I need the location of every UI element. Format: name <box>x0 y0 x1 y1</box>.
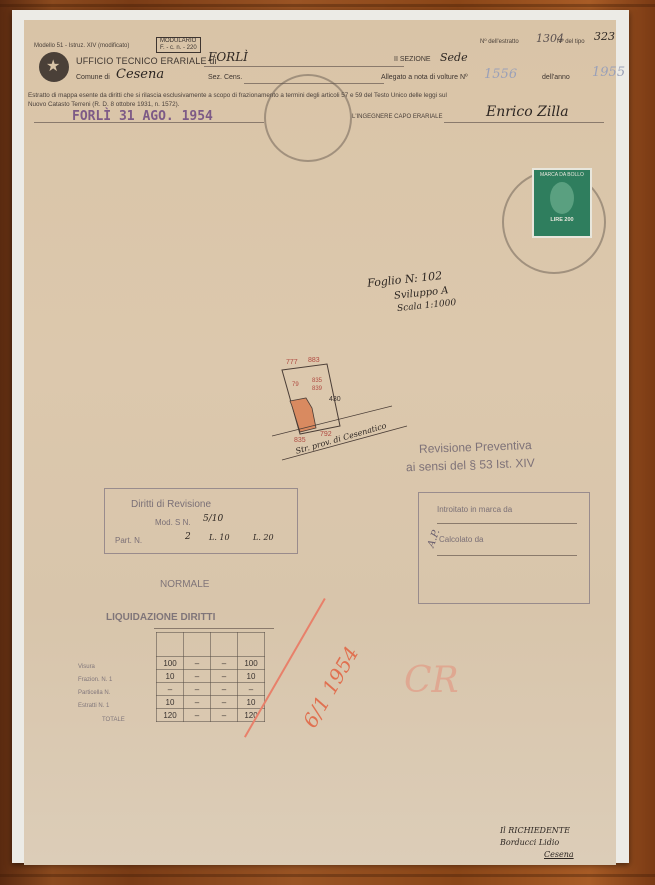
row-label-frazion: Frazion. N. 1 <box>78 677 112 683</box>
svg-text:839: 839 <box>312 386 323 392</box>
svg-text:430: 430 <box>329 396 341 403</box>
allegato-label: Allegato a nota di volture Nº <box>381 74 468 81</box>
diritti-revisione-box: Diritti di Revisione Mod. S N. 5/10 Part… <box>104 488 298 554</box>
row-label-totale: TOTALE <box>102 717 125 723</box>
richiedente-city: Cesena <box>544 850 574 859</box>
svg-text:835: 835 <box>294 437 306 444</box>
svg-text:79: 79 <box>292 382 299 388</box>
anno-value: 1955 <box>592 65 625 80</box>
revenue-stamp: MARCA DA BOLLO LIRE 200 <box>532 168 592 238</box>
sez-cens-label: Sez. Cens. <box>208 74 242 81</box>
office-label: UFFICIO TECNICO ERARIALE di <box>76 56 217 66</box>
richiedente-label: Il RICHIEDENTE <box>500 826 570 835</box>
modulario-box: MODULARIO F. - c. n. - 220 <box>156 37 201 53</box>
tipo-label: Nº del tipo <box>557 39 585 45</box>
diritti-part-value: 2 <box>185 532 191 542</box>
diritti-mod-label: Mod. S N. <box>155 518 191 527</box>
incasso-line-2: Calcolato da <box>439 535 483 544</box>
diritti-amount-2: L. 20 <box>253 533 274 542</box>
row-label-particella: Particella N. <box>78 690 110 696</box>
sezione-value: Sede <box>440 51 468 64</box>
table-row: 10––10 <box>157 670 265 683</box>
office-value: FORLÌ <box>208 50 248 64</box>
tipo-value: 323 <box>594 30 615 43</box>
incasso-line-1: Introitato in marca da <box>437 505 512 514</box>
red-pencil-initials: CR <box>404 660 459 701</box>
diritti-title: Diritti di Revisione <box>131 499 211 510</box>
engineer-label: L'INGEGNERE CAPO ERARIALE <box>352 114 443 120</box>
parcel-map: 777 883 835 792 430 835 839 79 Str. prov… <box>272 356 412 466</box>
description-line-1: Estratto di mappa esente da diritti che … <box>28 92 447 99</box>
revenue-stamp-value: LIRE 200 <box>534 217 590 223</box>
modulario-title: MODULARIO <box>160 38 197 45</box>
richiedente-name: Borducci Lidio <box>500 838 559 847</box>
revision-stamp-line-2: ai sensi del § 53 Ist. XIV <box>406 456 535 474</box>
italian-emblem-icon <box>39 52 69 82</box>
red-pencil-date: 6/1 1954 <box>298 642 364 731</box>
revenue-stamp-title: MARCA DA BOLLO <box>534 172 590 178</box>
row-label-visura: Visura <box>78 664 95 670</box>
diritti-part-label: Part. N. <box>115 536 142 545</box>
anno-label: dell'anno <box>542 74 570 81</box>
official-seal-stamp <box>264 74 352 162</box>
svg-text:777: 777 <box>286 359 298 366</box>
table-row: 100––100 <box>157 657 265 670</box>
cadastral-extract-document: Modello 51 - Istruz. XIV (modificato) MO… <box>24 20 616 865</box>
table-row: 120––120 <box>157 709 265 722</box>
estratto-label: Nº dell'estratto <box>480 39 519 45</box>
comune-label: Comune di <box>76 74 110 81</box>
description-line-2: Nuovo Catasto Terreni (R. D. 8 ottobre 1… <box>28 101 179 108</box>
row-label-estratti: Estratti N. 1 <box>78 703 109 709</box>
model-line: Modello 51 - Istruz. XIV (modificato) <box>34 43 129 49</box>
incasso-box: Introitato in marca da Calcolato da A.P. <box>418 492 590 604</box>
liquidazione-title: LIQUIDAZIONE DIRITTI <box>106 612 215 623</box>
svg-text:835: 835 <box>312 378 323 384</box>
portrait-icon <box>550 182 574 214</box>
allegato-value: 1556 <box>484 67 517 82</box>
svg-text:883: 883 <box>308 357 320 364</box>
diritti-amount-1: L. 10 <box>209 533 230 542</box>
comune-value: Cesena <box>116 67 164 82</box>
modulario-code: F. - c. n. - 220 <box>160 45 197 52</box>
engineer-signature: Enrico Zilla <box>486 104 569 120</box>
liquidazione-table: 100––100 10––10 –––– 10––10 120––120 <box>156 632 265 722</box>
table-row: 10––10 <box>157 696 265 709</box>
sezione-label: II SEZIONE <box>394 56 431 63</box>
normale-label: NORMALE <box>160 579 209 590</box>
table-row: –––– <box>157 683 265 696</box>
diritti-mod-value: 5/10 <box>203 514 223 524</box>
revision-stamp-line-1: Revisione Preventiva <box>419 438 532 456</box>
